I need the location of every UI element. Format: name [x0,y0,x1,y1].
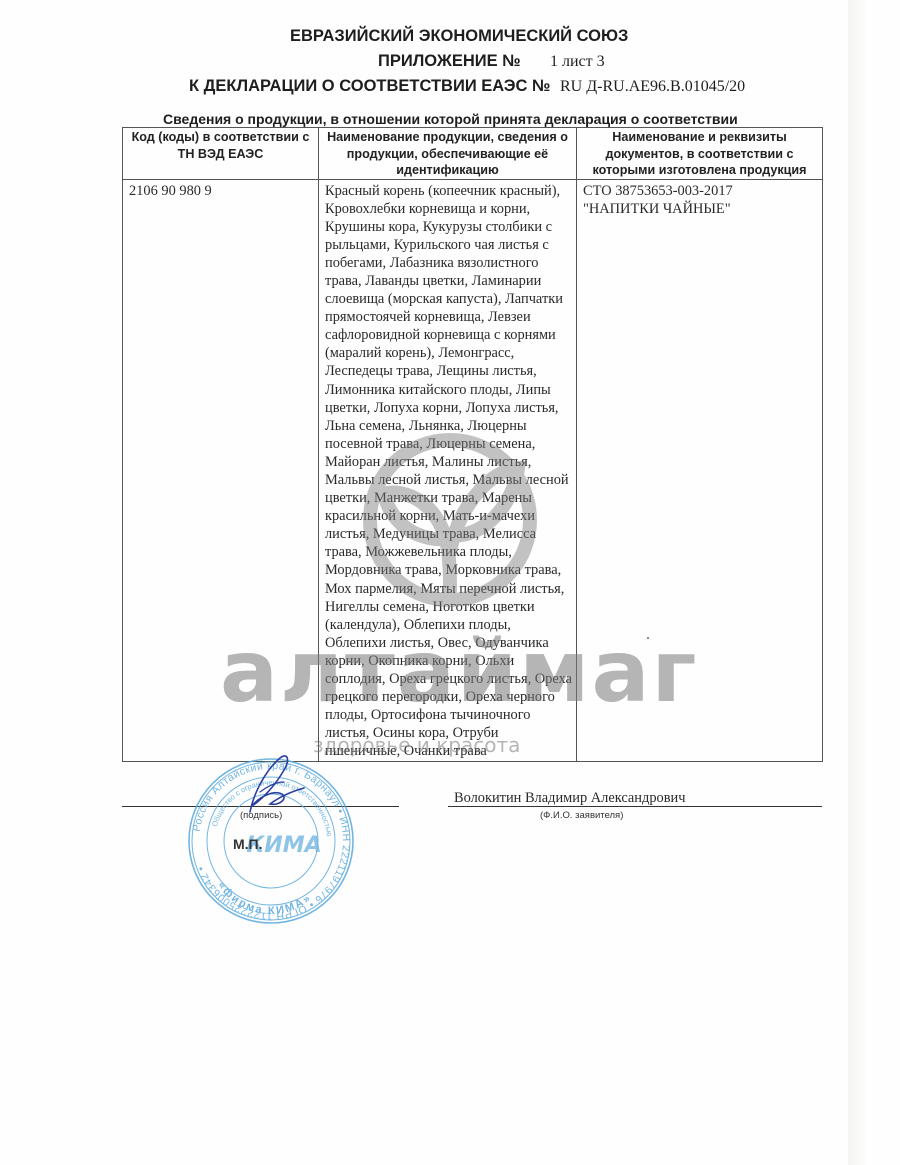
applicant-name: Волокитин Владимир Александрович [454,790,685,807]
union-title-text: ЕВРАЗИЙСКИЙ ЭКОНОМИЧЕСКИЙ СОЮЗ [290,27,628,46]
appendix-label: ПРИЛОЖЕНИЕ № [378,52,521,71]
scan-edge [848,0,870,1165]
standard-title: "НАПИТКИ ЧАЙНЫЕ" [583,200,818,218]
header-products: Наименование продукции, сведения о проду… [319,128,577,180]
cell-standard: СТО 38753653-003-2017 "НАПИТКИ ЧАЙНЫЕ" [577,179,823,761]
applicant-line [448,806,822,807]
appendix-value: 1 лист 3 [550,53,605,71]
seal-label: М.П. [233,836,263,852]
section-title-text: Сведения о продукции, в отношении которо… [163,111,738,127]
products-text: Красный корень (копеечник красный), Кров… [325,182,572,761]
declaration-page: ЕВРАЗИЙСКИЙ ЭКОНОМИЧЕСКИЙ СОЮЗ ПРИЛОЖЕНИ… [0,0,900,1165]
standard-number: СТО 38753653-003-2017 [583,182,818,200]
applicant-caption: (Ф.И.О. заявителя) [540,810,623,821]
scan-speck [647,637,649,639]
declaration-label: К ДЕКЛАРАЦИИ О СООТВЕТСТВИИ ЕАЭС № [189,77,550,96]
header-code: Код (коды) в соответствии с ТН ВЭД ЕАЭС [123,128,319,180]
cell-code: 2106 90 980 9 [123,179,319,761]
cell-products: Красный корень (копеечник красный), Кров… [319,179,577,761]
table-row: 2106 90 980 9 Красный корень (копеечник … [123,179,823,761]
table-header-row: Код (коды) в соответствии с ТН ВЭД ЕАЭС … [123,128,823,180]
header-documents: Наименование и реквизиты документов, в с… [577,128,823,180]
handwritten-signature-icon [230,752,310,820]
products-table: Код (коды) в соответствии с ТН ВЭД ЕАЭС … [122,127,823,762]
declaration-number: RU Д-RU.AE96.B.01045/20 [560,78,745,96]
